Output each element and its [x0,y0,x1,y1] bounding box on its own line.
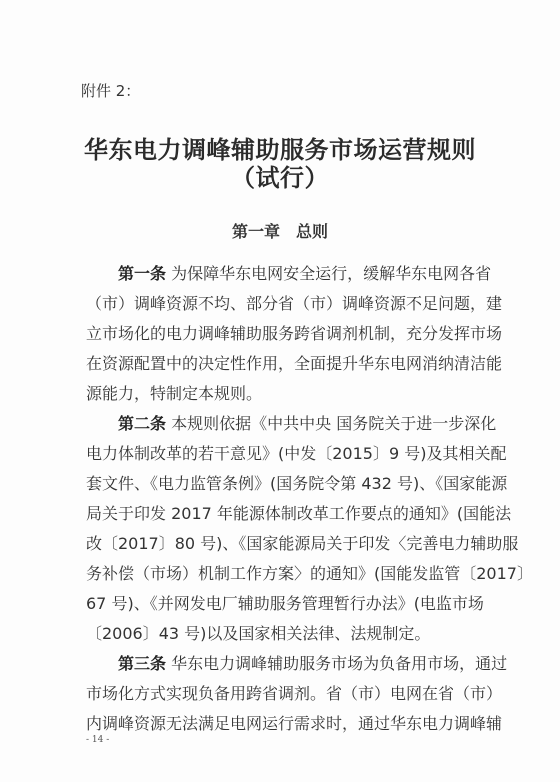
document-subtitle: （试行） [0,158,560,193]
chapter-heading: 第一章 总则 [0,219,560,242]
page-number: - 14 - [86,735,109,745]
article-2-line-2: 电力体制改革的若干意见》(中发〔2015〕9 号)及其相关配 [86,444,420,464]
article-label: 第一条 [118,264,166,283]
article-1-line-3: 立市场化的电力调峰辅助服务跨省调剂机制，充分发挥市场 [86,324,420,344]
attachment-label: 附件 2： [81,80,140,101]
article-2-line-6: 务补偿（市场）机制工作方案〉的通知》(国能发监管〔2017〕 [86,564,420,584]
article-3-line-1: 第三条 华东电力调峰辅助服务市场为负备用市场，通过 [118,654,420,674]
article-2-line-5: 改〔2017〕80 号)、《国家能源局关于印发〈完善电力辅助服 [86,534,420,554]
article-2-line-3: 套文件、《电力监管条例》(国务院令第 432 号)、《国家能源 [86,474,420,494]
article-1-line-5: 源能力，特制定本规则。 [86,384,420,404]
article-1-line-4: 在资源配置中的决定性作用，全面提升华东电网消纳清洁能 [86,354,420,374]
article-label: 第二条 [118,414,166,433]
article-2-line-1: 第二条 本规则依据《中共中央 国务院关于进一步深化 [118,414,420,434]
article-1-line-1: 第一条 为保障华东电网安全运行，缓解华东电网各省 [118,264,420,284]
article-label: 第三条 [118,654,166,673]
article-2-line-8: 〔2006〕43 号)以及国家相关法律、法规制定。 [86,624,420,644]
article-2-line-7: 67 号)、《并网发电厂辅助服务管理暂行办法》(电监市场 [86,594,420,614]
article-3-line-3: 内调峰资源无法满足电网运行需求时，通过华东电力调峰辅 [86,714,420,734]
article-2-line-4: 局关于印发 2017 年能源体制改革工作要点的通知》(国能法 [86,504,420,524]
document-page: 附件 2： 华东电力调峰辅助服务市场运营规则 （试行） 第一章 总则 第一条 为… [0,0,560,782]
article-1-line-2: （市）调峰资源不均、部分省（市）调峰资源不足问题，建 [86,294,420,314]
article-3-line-2: 市场化方式实现负备用跨省调剂。省（市）电网在省（市） [86,684,420,704]
